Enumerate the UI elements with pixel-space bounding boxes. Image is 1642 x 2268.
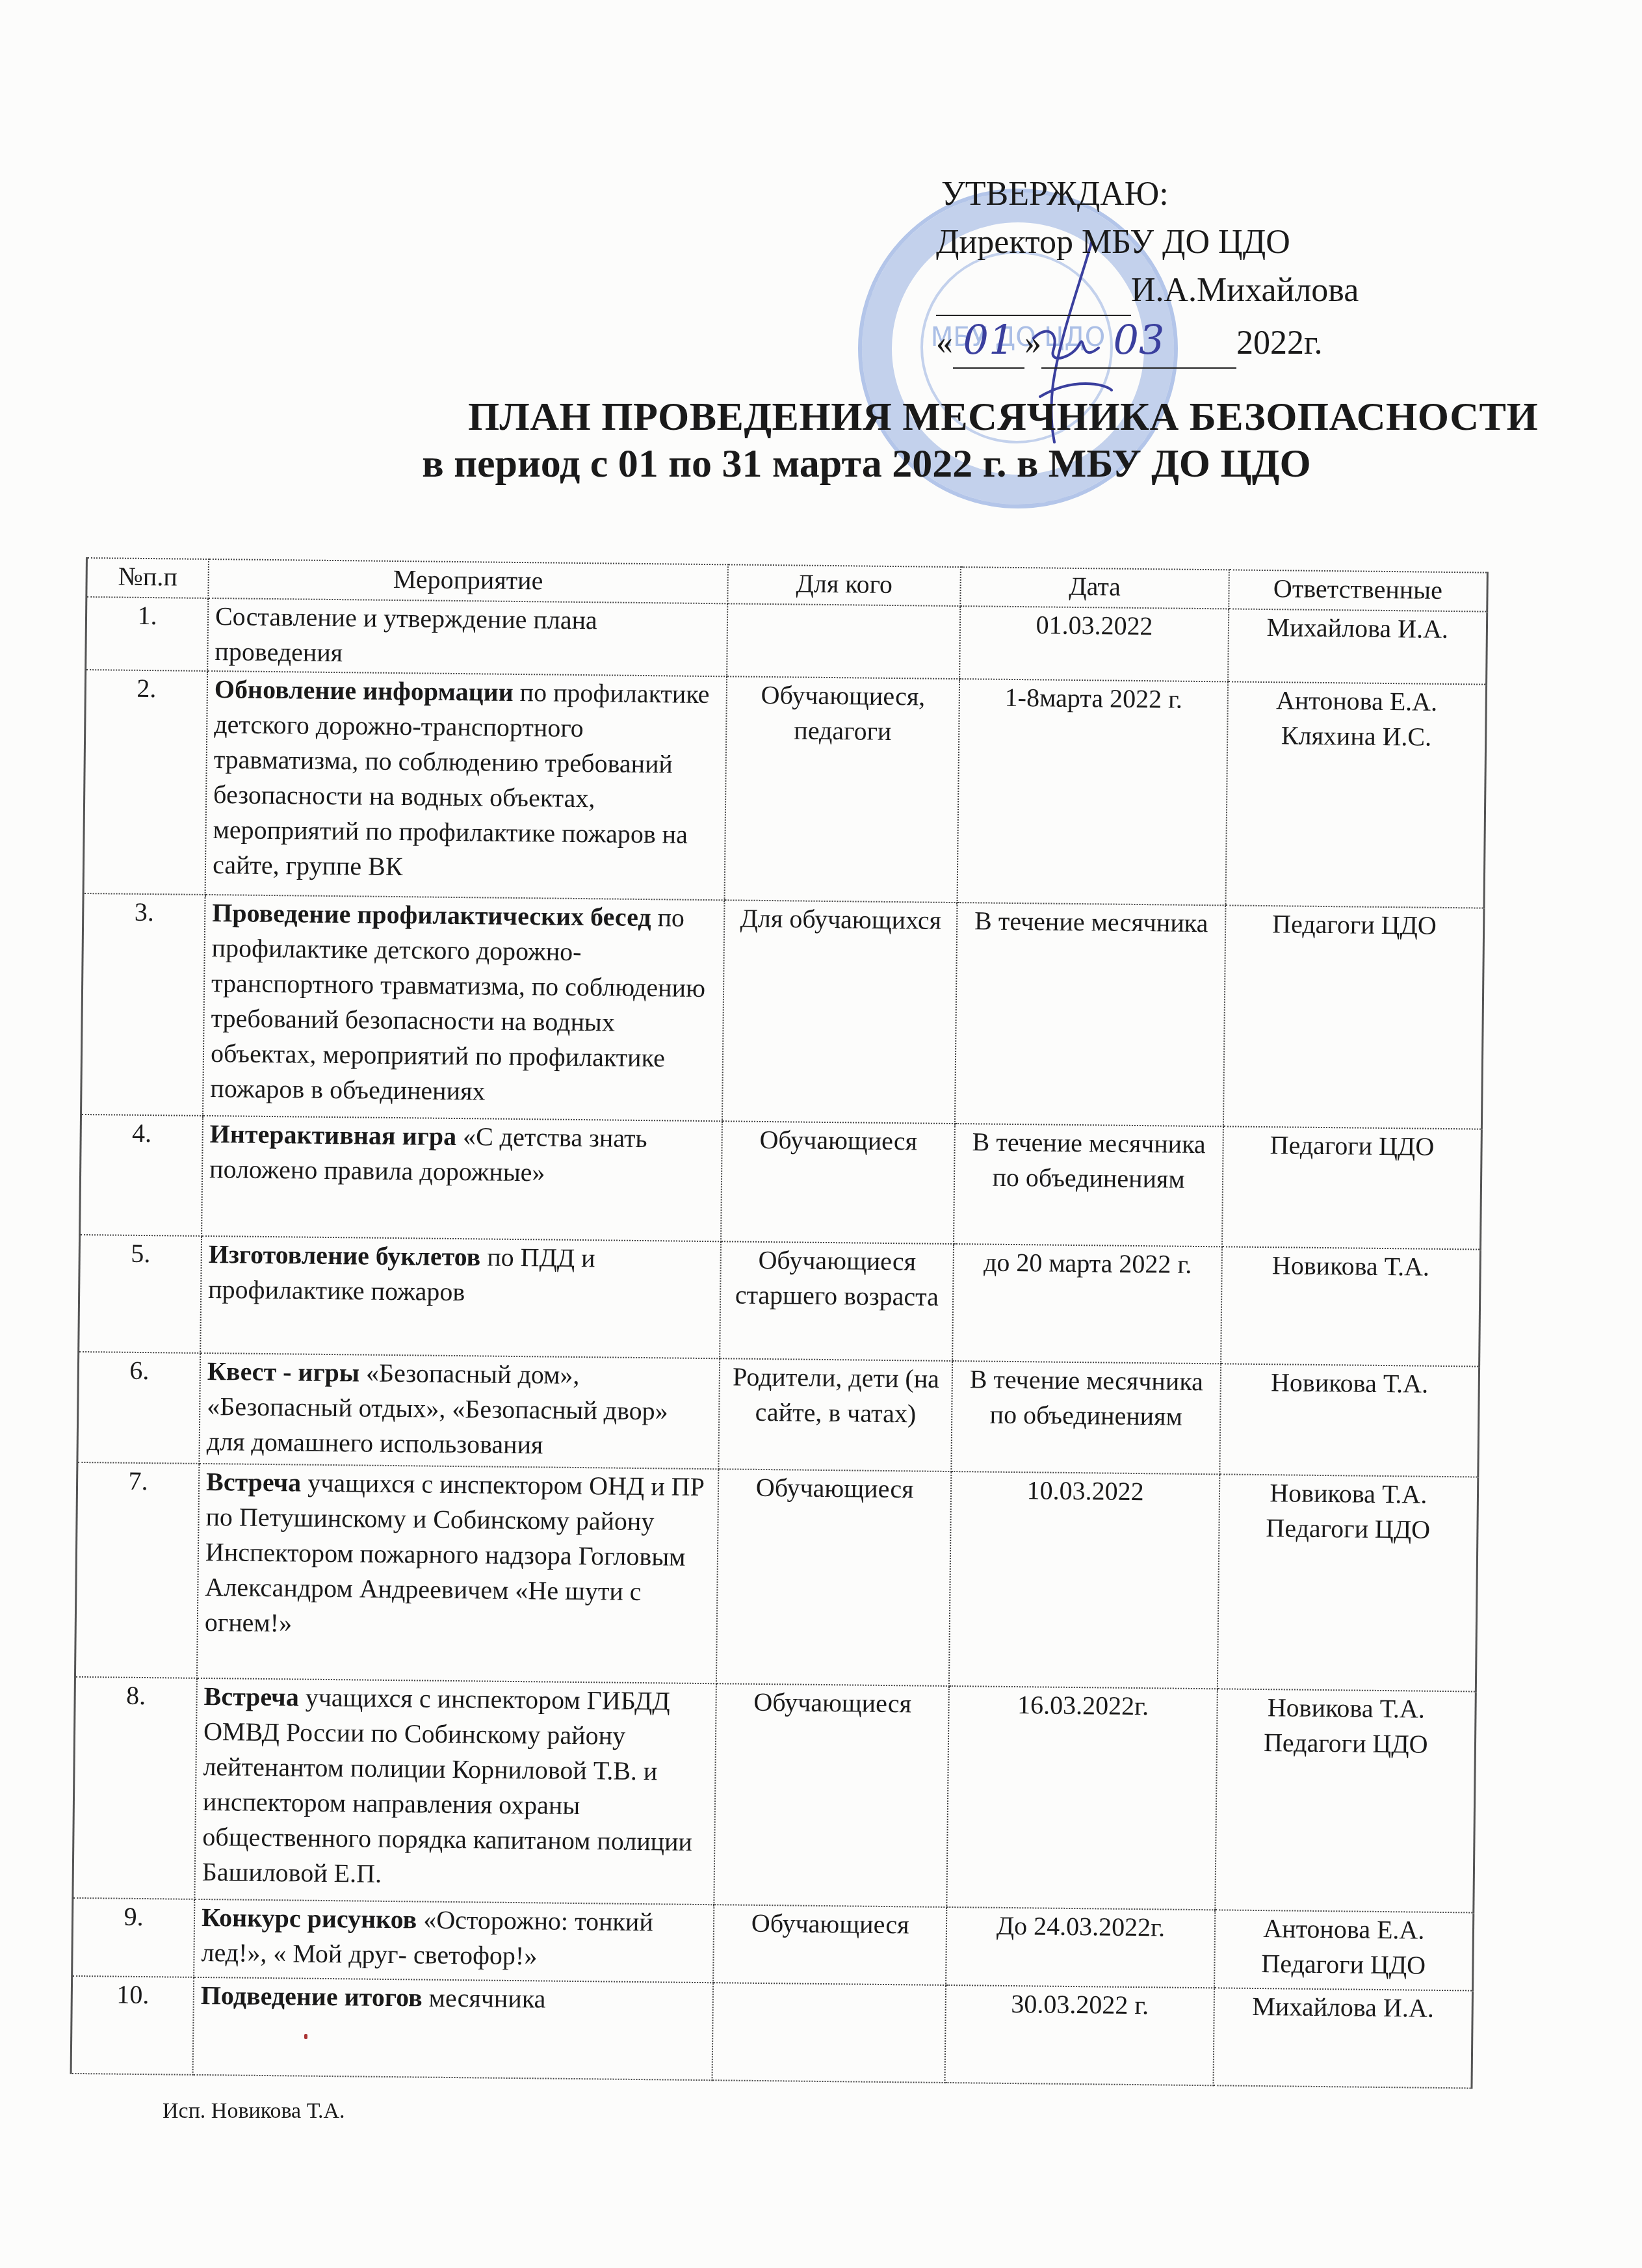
event-description: по профилактике детского дорожно-транспо… bbox=[213, 678, 710, 881]
approval-date-line: «01»032022г. bbox=[936, 316, 1359, 369]
row-responsible: Новикова Т.А. bbox=[1219, 1364, 1479, 1477]
table-row: 1.Составление и утверждение плана провед… bbox=[86, 597, 1487, 685]
header-event: Мероприятие bbox=[208, 559, 727, 603]
date-day: 01 bbox=[953, 316, 1024, 369]
row-number: 6. bbox=[77, 1352, 200, 1464]
executor-note: Исп. Новикова Т.А. bbox=[163, 2099, 345, 2124]
row-event: Интерактивная игра «С детства знать поло… bbox=[202, 1116, 722, 1241]
table-body: 1.Составление и утверждение плана провед… bbox=[71, 597, 1487, 2088]
event-title: Встреча bbox=[203, 1681, 299, 1712]
table-row: 9.Конкурс рисунков «Осторожно: тонкий ле… bbox=[72, 1898, 1474, 1991]
row-date: 10.03.2022 bbox=[949, 1471, 1219, 1689]
document-title: ПЛАН ПРОВЕДЕНИЯ МЕСЯЧНИКА БЕЗОПАСНОСТИ в… bbox=[0, 393, 1642, 487]
event-title: Проведение профилактических бесед bbox=[212, 898, 651, 932]
row-event: Конкурс рисунков «Осторожно: тонкий лед!… bbox=[194, 1899, 714, 1983]
row-responsible: Новикова Т.А. Педагоги ЦДО bbox=[1215, 1689, 1476, 1912]
row-responsible: Антонова Е.А. Педагоги ЦДО bbox=[1214, 1910, 1474, 1990]
event-title: Подведение итогов bbox=[201, 1981, 423, 2012]
row-number: 2. bbox=[83, 670, 207, 895]
row-date: 1-8марта 2022 г. bbox=[958, 679, 1228, 905]
row-number: 7. bbox=[75, 1462, 199, 1678]
row-responsible: Антонова Е.А. Кляхина И.С. bbox=[1225, 681, 1486, 908]
table-row: 5.Изготовление буклетов по ПДД и профила… bbox=[79, 1235, 1481, 1367]
title-line-1: ПЛАН ПРОВЕДЕНИЯ МЕСЯЧНИКА БЕЗОПАСНОСТИ bbox=[0, 393, 1642, 440]
row-number: 5. bbox=[79, 1235, 202, 1353]
row-date: до 20 марта 2022 г. bbox=[953, 1244, 1222, 1364]
row-for-whom bbox=[712, 1983, 946, 2083]
row-responsible: Педагоги ЦДО bbox=[1223, 905, 1484, 1129]
event-title: Конкурс рисунков bbox=[202, 1903, 417, 1934]
row-date: 16.03.2022г. bbox=[947, 1686, 1218, 1910]
event-description: месячника bbox=[422, 1983, 545, 2014]
header-date: Дата bbox=[961, 567, 1229, 609]
title-line-2: в период с 01 по 31 марта 2022 г. в МБУ … bbox=[0, 440, 1642, 487]
signature-blank bbox=[936, 267, 1131, 316]
date-open-quote: « bbox=[936, 324, 953, 362]
row-for-whom: Обучающиеся bbox=[714, 1683, 949, 1907]
row-responsible: Педагоги ЦДО bbox=[1222, 1126, 1482, 1249]
row-for-whom: Родители, дети (на сайте, в чатах) bbox=[718, 1358, 952, 1471]
approval-heading: УТВЕРЖДАЮ: bbox=[936, 170, 1359, 218]
row-event: Изготовление буклетов по ПДД и профилакт… bbox=[200, 1236, 721, 1358]
date-close-quote: » bbox=[1024, 324, 1041, 362]
row-date: В течение месячника bbox=[955, 903, 1225, 1126]
row-event: Подведение итогов месячника bbox=[193, 1977, 713, 2080]
row-for-whom: Обучающиеся bbox=[713, 1905, 947, 1985]
scan-artifact bbox=[304, 2034, 307, 2039]
row-responsible: Михайлова И.А. bbox=[1228, 609, 1487, 684]
event-description: учащихся с инспектором ГИБДД ОМВД России… bbox=[202, 1683, 693, 1888]
row-date: 01.03.2022 bbox=[960, 606, 1229, 681]
header-responsible: Ответственные bbox=[1229, 570, 1487, 611]
header-number: №п.п bbox=[86, 558, 209, 598]
table-row: 6.Квест - игры «Безопасный дом», «Безопа… bbox=[77, 1352, 1479, 1477]
row-date: В течение месячника по объединениям bbox=[954, 1124, 1223, 1246]
row-number: 3. bbox=[81, 893, 205, 1116]
approver-name: И.А.Михайлова bbox=[1131, 272, 1359, 309]
approval-block: УТВЕРЖДАЮ: Директор МБУ ДО ЦДО И.А.Михай… bbox=[936, 170, 1359, 369]
row-responsible: Новикова Т.А. bbox=[1221, 1246, 1481, 1366]
approval-signature-line: И.А.Михайлова bbox=[936, 267, 1359, 316]
event-description: Составление и утверждение плана проведен… bbox=[215, 601, 597, 667]
event-title: Изготовление буклетов bbox=[209, 1239, 481, 1271]
row-number: 10. bbox=[71, 1976, 194, 2075]
event-title: Встреча bbox=[206, 1467, 302, 1497]
row-responsible: Михайлова И.А. bbox=[1213, 1988, 1472, 2088]
table-row: 7.Встреча учащихся с инспектором ОНД и П… bbox=[75, 1462, 1478, 1692]
plan-table: №п.п Мероприятие Для кого Дата Ответстве… bbox=[70, 557, 1489, 2089]
event-title: Интерактивная игра bbox=[210, 1119, 457, 1151]
table-row: 8.Встреча учащихся с инспектором ГИБДД О… bbox=[73, 1677, 1476, 1913]
row-number: 1. bbox=[86, 597, 209, 671]
row-responsible: Новикова Т.А. Педагоги ЦДО bbox=[1217, 1474, 1478, 1691]
row-number: 9. bbox=[72, 1898, 195, 1977]
row-for-whom: Обучающиеся, педагоги bbox=[724, 676, 959, 903]
row-for-whom: Обучающиеся старшего возраста bbox=[720, 1241, 954, 1361]
row-event: Встреча учащихся с инспектором ГИБДД ОМВ… bbox=[194, 1678, 716, 1905]
date-year: 2022г. bbox=[1236, 324, 1322, 362]
row-event: Обновление информации по профилактике де… bbox=[205, 671, 727, 900]
table-row: 2.Обновление информации по профилактике … bbox=[83, 670, 1486, 908]
row-for-whom: Обучающиеся bbox=[716, 1469, 952, 1686]
table-row: 3.Проведение профилактических бесед по п… bbox=[81, 893, 1484, 1129]
row-for-whom bbox=[727, 603, 961, 679]
row-date: В течение месячника по объединениям bbox=[952, 1361, 1221, 1474]
row-date: До 24.03.2022г. bbox=[946, 1907, 1215, 1988]
approval-position: Директор МБУ ДО ЦДО bbox=[936, 218, 1359, 267]
row-number: 4. bbox=[80, 1114, 203, 1236]
row-for-whom: Обучающиеся bbox=[721, 1121, 956, 1244]
row-event: Квест - игры «Безопасный дом», «Безопасн… bbox=[199, 1353, 720, 1469]
date-month: 03 bbox=[1041, 316, 1236, 369]
row-for-whom: Для обучающихся bbox=[722, 900, 958, 1124]
row-event: Встреча учащихся с инспектором ОНД и ПР … bbox=[197, 1464, 718, 1683]
row-number: 8. bbox=[73, 1677, 197, 1899]
row-event: Проведение профилактических бесед по про… bbox=[203, 895, 724, 1121]
header-for-whom: Для кого bbox=[727, 564, 961, 606]
event-description: по профилактике детского дорожно-транспо… bbox=[210, 903, 705, 1105]
event-title: Квест - игры bbox=[207, 1356, 360, 1387]
table-row: 10.Подведение итогов месячника30.03.2022… bbox=[71, 1976, 1472, 2089]
table-row: 4.Интерактивная игра «С детства знать по… bbox=[80, 1114, 1482, 1250]
event-title: Обновление информации bbox=[215, 674, 514, 707]
row-event: Составление и утверждение плана проведен… bbox=[207, 598, 727, 676]
row-date: 30.03.2022 г. bbox=[945, 1985, 1214, 2085]
